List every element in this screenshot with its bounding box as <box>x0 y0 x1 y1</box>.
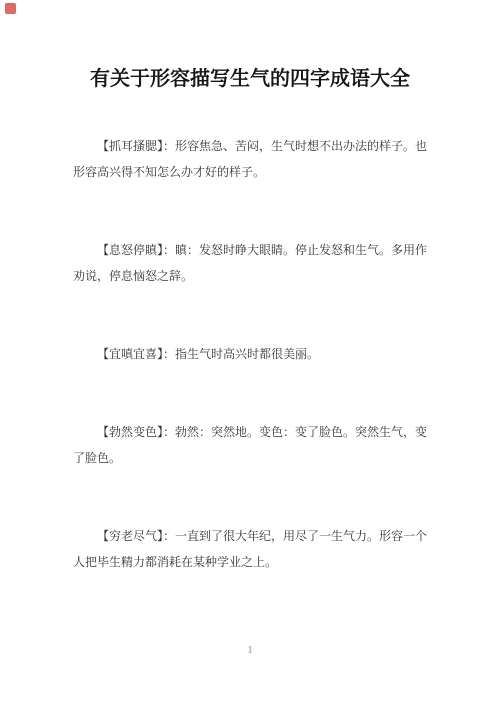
idiom-paragraph: 【抓耳搔腮】：形容焦急、苦闷，生气时想不出办法的样子。也形容高兴得不知怎么办才好… <box>73 133 429 185</box>
corner-stamp-mark <box>5 3 16 14</box>
idiom-paragraph: 【穷老尽气】：一直到了很大年纪，用尽了一生气力。形容一个人把毕生精力都消耗在某种… <box>73 523 429 575</box>
document-title: 有关于形容描写生气的四字成语大全 <box>20 0 480 92</box>
idiom-paragraph: 【息怒停瞋】：瞋：发怒时睁大眼睛。停止发怒和生气。多用作劝说，停息恼怒之辞。 <box>73 237 429 289</box>
document-body: 【抓耳搔腮】：形容焦急、苦闷，生气时想不出办法的样子。也形容高兴得不知怎么办才好… <box>73 133 429 575</box>
idiom-paragraph: 【宜嗔宜喜】：指生气时高兴时都很美丽。 <box>73 341 429 367</box>
idiom-paragraph: 【勃然变色】：勃然：突然地。变色：变了脸色。突然生气，变了脸色。 <box>73 419 429 471</box>
document-page: 有关于形容描写生气的四字成语大全 【抓耳搔腮】：形容焦急、苦闷，生气时想不出办法… <box>0 0 500 708</box>
page-number: 1 <box>0 645 500 657</box>
